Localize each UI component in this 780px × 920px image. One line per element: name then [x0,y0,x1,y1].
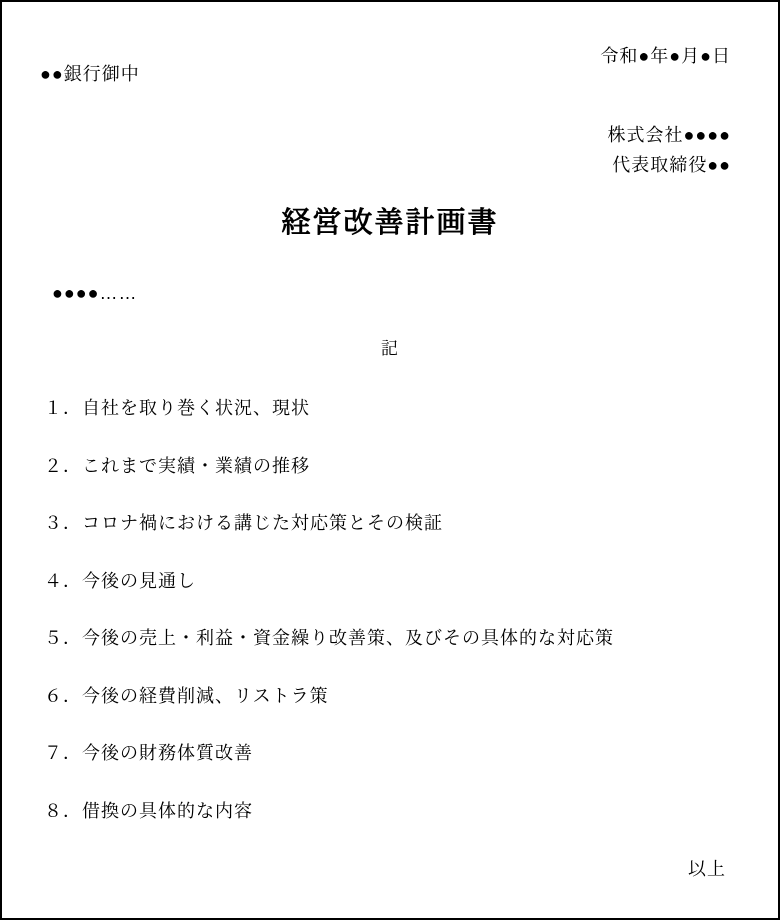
date-line: 令和●年●月●日 [600,46,731,68]
list-item: ３．コロナ禍における講じた対応策とその検証 [44,513,738,571]
intro-line: ●●●●…… [52,283,138,305]
document-title: 経営改善計画書 [2,206,778,241]
list-item: ５．今後の売上・利益・資金繰り改善策、及びその具体的な対応策 [44,628,738,686]
closing-line: 以上 [688,859,726,881]
sender-company-line: 株式会社●●●● [608,125,732,147]
sender-representative-line: 代表取締役●● [612,155,731,177]
addressee-line: ●●銀行御中 [40,64,140,86]
document-page: 令和●年●月●日 ●●銀行御中 株式会社●●●● 代表取締役●● 経営改善計画書… [0,0,780,920]
list-item: ６．今後の経費削減、リストラ策 [44,686,738,744]
record-marker: 記 [2,339,778,359]
list-item: ４．今後の見通し [44,571,738,629]
list-item: ２．これまで実績・業績の推移 [44,456,738,514]
item-list: １．自社を取り巻く状況、現状 ２．これまで実績・業績の推移 ３．コロナ禍における… [44,398,738,858]
list-item: ７．今後の財務体質改善 [44,743,738,801]
list-item: １．自社を取り巻く状況、現状 [44,398,738,456]
list-item: ８．借換の具体的な内容 [44,801,738,859]
